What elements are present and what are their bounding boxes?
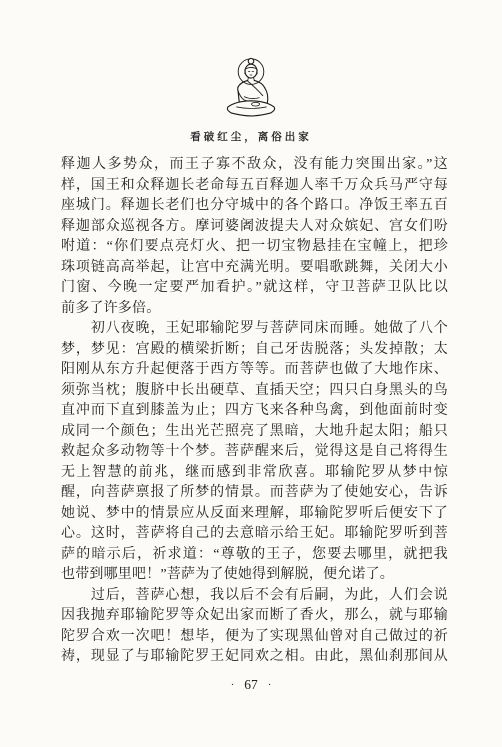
text-line: 咐道：“你们要点亮灯火、把一切宝物悬挂在宝幢上，把珍	[61, 237, 448, 258]
text-line: 成同一个颜色；生出光芒照亮了黑暗，大地升起太阳；船只	[61, 422, 448, 443]
text-line: 直冲而下直到膝盖为止；四方飞来各种鸟禽，到他面前时变	[61, 401, 448, 422]
body-text: 释迦人多势众，而王子寡不敌众，没有能力突围出家。”这样，国王和众释迦长老命每五百…	[0, 155, 448, 668]
text-line: 陀罗合欢一次吧！想毕，便为了实现黑仙曾对自己做过的祈	[61, 627, 448, 648]
text-line: 门窗、今晚一定要严加看护。”就这样，守卫菩萨卫队比以	[61, 278, 448, 299]
paragraph: 初八夜晚，王妃耶输陀罗与菩萨同床而睡。她做了八个梦，梦见：宫殿的横梁折断；自己牙…	[61, 319, 448, 586]
text-line: 醒，向菩萨禀报了所梦的情景。而菩萨为了使她安心，告诉	[61, 483, 448, 504]
text-line: 释迦人多势众，而王子寡不敌众，没有能力突围出家。”这	[61, 155, 448, 176]
text-line: 救起众多动物等十个梦。菩萨醒来后，觉得这是自己将得生	[61, 442, 448, 463]
text-line: 前多了许多倍。	[61, 299, 448, 320]
paragraph: 释迦人多势众，而王子寡不敌众，没有能力突围出家。”这样，国王和众释迦长老命每五百…	[61, 155, 448, 319]
text-line: 释迦部众巡视各方。摩诃婆阇波提夫人对众嫔妃、宫女们吩	[61, 217, 448, 238]
text-line: 祷，现显了与耶输陀罗王妃同欢之相。由此，黑仙刹那间从	[61, 647, 448, 668]
footer-dot-left: ·	[231, 679, 235, 691]
page-number: 67	[244, 677, 258, 692]
text-line: 座城门。释迦长老们也分守城中的各个路口。净饭王率五百	[61, 196, 448, 217]
buddha-icon	[208, 56, 294, 120]
text-line: 心。这时，菩萨将自己的去意暗示给王妃。耶输陀罗听到菩	[61, 524, 448, 545]
text-line: 初八夜晚，王妃耶输陀罗与菩萨同床而睡。她做了八个	[61, 319, 448, 340]
text-line: 珠项链高高举起，让宫中充满光明。要唱歌跳舞，关闭大小	[61, 258, 448, 279]
text-line: 须弥当枕；腹脐中长出硬草、直插天空；四只白身黑头的鸟	[61, 381, 448, 402]
text-line: 无上智慧的前兆，继而感到非常欣喜。耶输陀罗从梦中惊	[61, 463, 448, 484]
footer-dot-right: ·	[268, 679, 272, 691]
text-line: 萨的暗示后，祈求道：“尊敬的王子，您要去哪里，就把我	[61, 545, 448, 566]
text-line: 因我抛弃耶输陀罗等众妃出家而断了香火，那么，就与耶输	[61, 606, 448, 627]
page-footer: ·67·	[0, 677, 502, 693]
book-page: 看破红尘，离俗出家 释迦人多势众，而王子寡不敌众，没有能力突围出家。”这样，国王…	[0, 0, 502, 747]
figure-caption: 看破红尘，离俗出家	[0, 129, 502, 144]
buddha-illustration: 看破红尘，离俗出家	[0, 0, 502, 144]
text-line: 样，国王和众释迦长老命每五百释迦人率千万众兵马严守每	[61, 176, 448, 197]
paragraph: 过后，菩萨心想，我以后不会有后嗣，为此，人们会说因我抛弃耶输陀罗等众妃出家而断了…	[61, 586, 448, 668]
text-line: 过后，菩萨心想，我以后不会有后嗣，为此，人们会说	[61, 586, 448, 607]
text-line: 她说、梦中的情景应从反面来理解，耶输陀罗听后便安下了	[61, 504, 448, 525]
text-line: 阳刚从东方升起便落于西方等等。而菩萨也做了大地作床、	[61, 360, 448, 381]
text-line: 梦，梦见：宫殿的横梁折断；自己牙齿脱落；头发掉散；太	[61, 340, 448, 361]
text-line: 也带到哪里吧！”菩萨为了使她得到解脱，便允诺了。	[61, 565, 448, 586]
